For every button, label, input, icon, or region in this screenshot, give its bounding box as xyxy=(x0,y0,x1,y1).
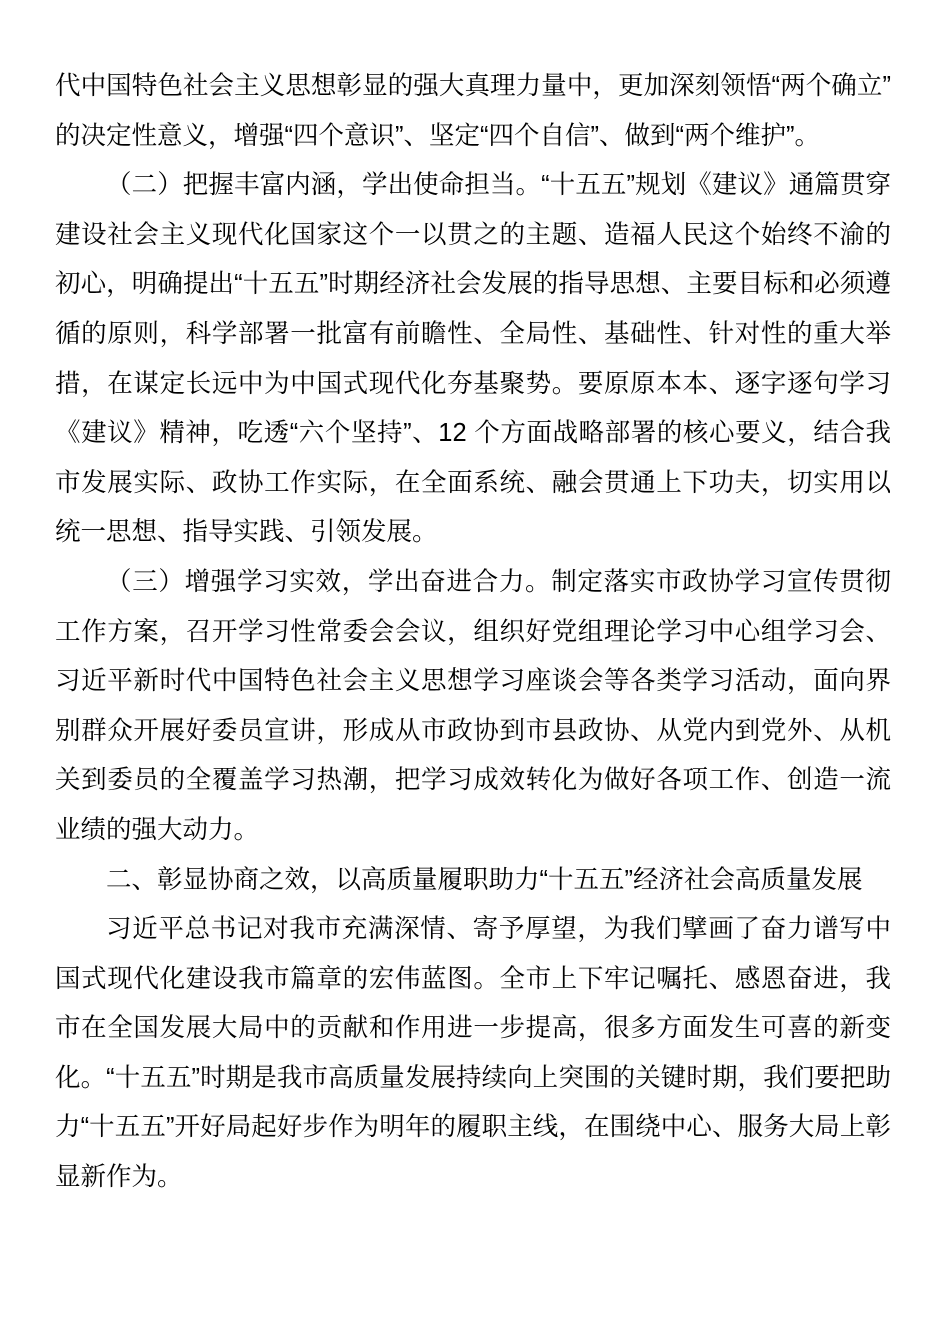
document-page: 代中国特色社会主义思想彰显的强大真理力量中，更加深刻领悟“两个确立”的决定性意义… xyxy=(0,0,950,1344)
paragraph-continuation: 代中国特色社会主义思想彰显的强大真理力量中，更加深刻领悟“两个确立”的决定性意义… xyxy=(55,62,891,161)
paragraph-item-2: （二）把握丰富内涵，学出使命担当。“十五五”规划《建议》通篇贯穿建设社会主义现代… xyxy=(55,161,891,558)
paragraph-item-3: （三）增强学习实效，学出奋进合力。制定落实市政协学习宣传贯彻工作方案，召开学习性… xyxy=(55,558,891,856)
document-body: 代中国特色社会主义思想彰显的强大真理力量中，更加深刻领悟“两个确立”的决定性意义… xyxy=(55,62,891,1203)
paragraph-body-final: 习近平总书记对我市充满深情、寄予厚望，为我们擘画了奋力谱写中国式现代化建设我市篇… xyxy=(55,905,891,1203)
section-heading-2: 二、彰显协商之效，以高质量履职助力“十五五”经济社会高质量发展 xyxy=(55,856,891,906)
